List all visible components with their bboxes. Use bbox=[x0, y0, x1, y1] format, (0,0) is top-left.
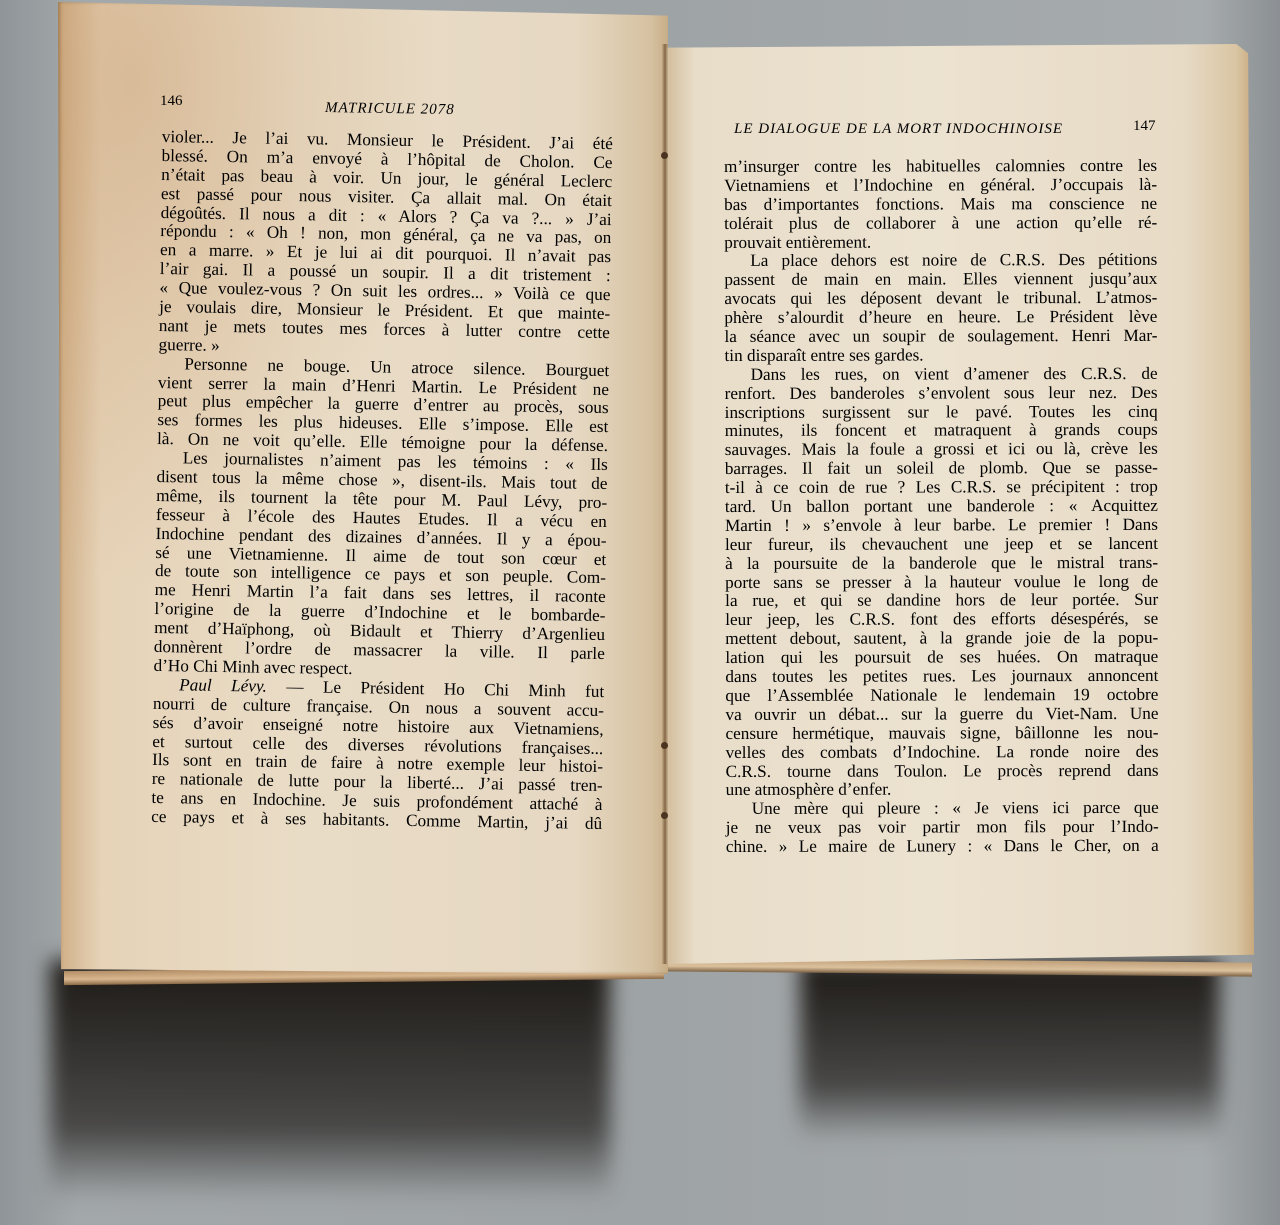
text-line: va ouvrir un débat... sur la guerre du V… bbox=[725, 705, 1158, 725]
text-line: Martin ! » s’envole à leur barbe. Le pre… bbox=[725, 516, 1158, 536]
speaker-name: Paul Lévy. bbox=[179, 675, 267, 695]
text-line: sauvages. Mais la foule a grossi et ici … bbox=[725, 440, 1158, 460]
text-line: Dans les rues, on vient d’amener des C.R… bbox=[725, 365, 1158, 385]
text-line: tard. Un ballon portant une banderole : … bbox=[725, 497, 1158, 517]
book-spine-gutter bbox=[662, 44, 668, 964]
text-line: porte sans se presser à la hauteur voulu… bbox=[725, 572, 1158, 592]
text-line: que l’Assemblée Nationale le lendemain 1… bbox=[725, 686, 1158, 706]
text-line: Vietnamiens et l’Indochine en général. J… bbox=[724, 176, 1157, 196]
text-line: C.R.S. tourne dans Toulon. Le procès rep… bbox=[726, 761, 1159, 781]
left-page-number: 146 bbox=[160, 93, 183, 110]
text-line: tin disparaît entre ses gardes. bbox=[724, 346, 1157, 366]
text-line: m’insurger contre les habituelles calomn… bbox=[724, 157, 1157, 177]
text-line: à la poursuite de la banderole que le mi… bbox=[725, 554, 1158, 574]
text-line: velles des combats d’Indochine. La ronde… bbox=[726, 742, 1159, 762]
left-page-body: violer... Je l’ai vu. Monsieur le Présid… bbox=[151, 128, 613, 834]
text-line: la rue, et qui se dandine hors de leur p… bbox=[725, 591, 1158, 611]
book-shadow-left bbox=[50, 960, 610, 1200]
text-line: Une mère qui pleure : « Je viens ici par… bbox=[726, 799, 1159, 819]
text-line: La place dehors est noire de C.R.S. Des … bbox=[724, 251, 1157, 271]
binding-stitch bbox=[661, 812, 668, 819]
text-line: leur jeep, les C.R.S. font des efforts d… bbox=[725, 610, 1158, 630]
text-line: renfort. Des banderoles s’envolent sous … bbox=[725, 384, 1158, 404]
right-running-head: LE DIALOGUE DE LA MORT INDOCHINOISE bbox=[734, 121, 1063, 138]
text-line: bas d’importantes fonctions. Mais ma con… bbox=[724, 195, 1157, 215]
text-line: une atmosphère d’enfer. bbox=[726, 780, 1159, 800]
book-shadow-right bbox=[800, 960, 1220, 1140]
text-line: je ne veux pas voir partir mon fils pour… bbox=[726, 818, 1159, 838]
text-line: dans toutes les petites rues. Les journa… bbox=[725, 667, 1158, 687]
left-running-head: MATRICULE 2078 bbox=[325, 100, 455, 119]
text-line: prouvait entièrement. bbox=[724, 232, 1157, 252]
binding-stitch bbox=[661, 152, 668, 159]
text-line: la séance avec un soupir de soulagement.… bbox=[724, 327, 1157, 347]
text-line: mettent debout, sautent, à la grande joi… bbox=[725, 629, 1158, 649]
text-line: leur fureur, ils chevauchent une jeep et… bbox=[725, 535, 1158, 555]
right-page-number: 147 bbox=[1133, 118, 1156, 135]
text-line: minutes, ils foncent et matraquent à gra… bbox=[725, 421, 1158, 441]
text-line: t-il à ce coin de rue ? Les C.R.S. se pr… bbox=[725, 478, 1158, 498]
text-line: censure hermétique, mauvais signe, bâill… bbox=[725, 724, 1158, 744]
right-page-body: m’insurger contre les habituelles calomn… bbox=[724, 157, 1159, 857]
binding-stitch bbox=[661, 742, 668, 749]
text-line: barrages. Il fait un soleil de plomb. Qu… bbox=[725, 459, 1158, 479]
text-line: tolérait plus de collaborer à une action… bbox=[724, 214, 1157, 234]
text-line: chine. » Le maire de Lunery : « Dans le … bbox=[726, 837, 1159, 857]
text-line: lation qui les poursuit de ses huées. On… bbox=[725, 648, 1158, 668]
text-line: inscriptions surgissent sur le pavé. Tou… bbox=[725, 402, 1158, 422]
text-line: phère s’alourdit d’heure en heure. Le Pr… bbox=[724, 308, 1157, 328]
text-line: avocats qui les déposent devant le tribu… bbox=[724, 289, 1157, 309]
text-line: passent de main en main. Elles viennent … bbox=[724, 270, 1157, 290]
